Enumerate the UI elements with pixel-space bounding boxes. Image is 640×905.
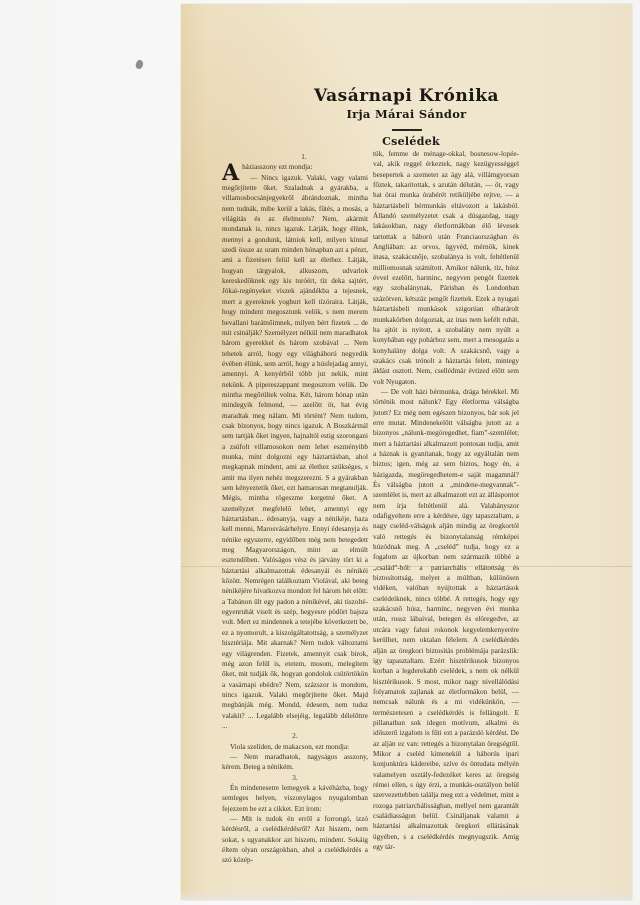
paragraph: Viola szelíden, de makacson, ezt mondja: — [222, 742, 368, 752]
paragraph: tük, femme de ménage-okkal, bosnesow-lop… — [373, 149, 519, 387]
drop-cap: A — [222, 164, 239, 182]
text-column-2: tük, femme de ménage-okkal, bosnesow-lop… — [373, 149, 519, 852]
byline: Irja Márai Sándor — [181, 107, 632, 121]
part-number: 3. — [222, 773, 368, 783]
paragraph: — Nincs igazuk. Valaki, vagy valami megő… — [222, 173, 368, 732]
masthead: Vasárnapi Krónika Irja Márai Sándor — [181, 86, 632, 131]
article-title: Cselédek — [351, 135, 471, 148]
part-number: 1. — [232, 152, 368, 162]
paragraph: — Nem maradhatok, nagyságos asszony, kér… — [222, 752, 368, 773]
paragraph: Én mindenesetre lemegyek a kávéházba, ho… — [222, 783, 368, 814]
part-number: 2. — [222, 731, 368, 741]
paragraph: — De volt házi bérmunka, drága bérekkel.… — [373, 387, 519, 852]
opening-paragraph: Aháziasszony ezt mondja: — [222, 162, 368, 172]
title-rule — [392, 129, 422, 131]
paragraph: — Mit is tudok én erről a forrongó, izzó… — [222, 814, 368, 866]
text-column-1: 1. Aháziasszony ezt mondja: — Nincs igaz… — [222, 152, 368, 866]
scan-edge — [181, 890, 632, 900]
column-title: Vasárnapi Krónika — [181, 86, 632, 106]
newspaper-clipping: Vasárnapi Krónika Irja Márai Sándor Csel… — [181, 4, 632, 900]
